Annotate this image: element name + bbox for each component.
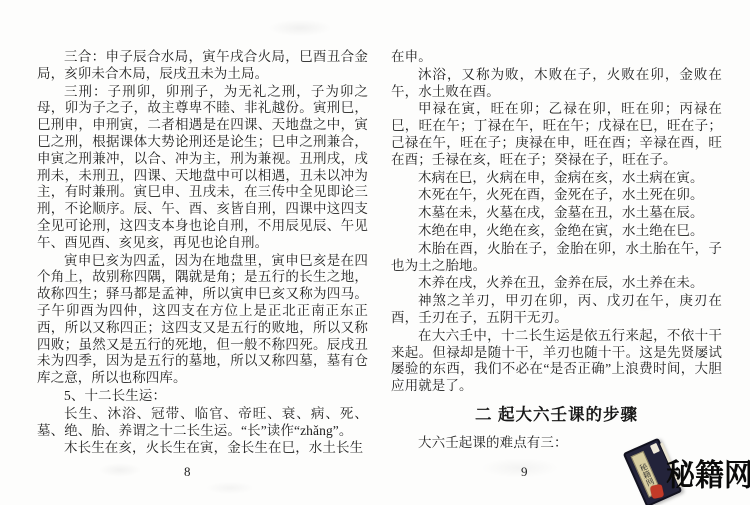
left-page-text: 三合：申子辰合水局，寅午戌合火局，巳酉丑合金局，亥卯未合木局，辰戌丑未为土局。三… (37, 49, 368, 457)
paragraph: 三刑：子刑卯，卯刑子，为无礼之刑，子为卯之母，卯为子之子，故主尊卑不睦、非礼越份… (37, 84, 368, 252)
section-heading: 二 起大六壬课的步骤 (391, 401, 722, 425)
paragraph: 三合：申子辰合水局，寅午戌合火局，巳酉丑合金局，亥卯未合木局，辰戌丑未为土局。 (37, 49, 368, 83)
right-page-text: 在申。沐浴，又称为败，木败在子，火败在卯，金败在午，水土败在酉。甲禄在寅，旺在卯… (391, 49, 722, 395)
watermark-text: 秘籍网 (666, 458, 750, 492)
paragraph: 寅申巳亥为四孟，因为在地盘里，寅申巳亥是在四个角上，故别称四隅，隅就是角；是五行… (37, 253, 368, 387)
book-corner-seal (650, 443, 660, 454)
paragraph: 木病在巳，火病在申，金病在亥，水土病在寅。 (391, 170, 722, 187)
paragraph: 木绝在申，火绝在亥，金绝在寅，水土绝在巳。 (391, 223, 722, 240)
page-number-left: 8 (184, 464, 191, 480)
red-seal-icon (650, 484, 664, 499)
paragraph: 神煞之羊刃，甲刃在卯，丙、戊刃在午，庚刃在酉，壬刃在子，五阴干无刃。 (391, 293, 722, 327)
right-page: 在申。沐浴，又称为败，木败在子，火败在卯，金败在午，水土败在酉。甲禄在寅，旺在卯… (391, 49, 722, 453)
paragraph: 在大六壬中，十二长生运是依五行来起，不依十干来起。但禄却是随十干，羊刃也随十干。… (391, 328, 722, 395)
book-scan-spread: 三合：申子辰合水局，寅午戌合火局，巳酉丑合金局，亥卯未合木局，辰戌丑未为土局。三… (0, 0, 750, 505)
paragraph: 沐浴，又称为败，木败在子，火败在卯，金败在午，水土败在酉。 (391, 67, 722, 101)
paragraph: 木胎在酉，火胎在子，金胎在卯，水土胎在午，子也为土之胎地。 (391, 241, 722, 275)
left-page: 三合：申子辰合水局，寅午戌合火局，巳酉丑合金局，亥卯未合木局，辰戌丑未为土局。三… (37, 49, 368, 458)
paragraph: 木长生在亥，火长生在寅，金长生在巳，水土长生 (37, 440, 368, 457)
paragraph: 甲禄在寅，旺在卯；乙禄在卯，旺在卯；丙禄在巳，旺在午；丁禄在午，旺在午；戊禄在巳… (391, 101, 722, 168)
paragraph: 在申。 (391, 49, 722, 66)
page-number-right: 9 (521, 464, 528, 480)
paragraph: 长生、沐浴、冠带、临官、帝旺、衰、病、死、墓、绝、胎、养谓之十二长生运。“长”读… (37, 406, 368, 440)
mijiwang-watermark: 秘籍网 秘籍网 (625, 435, 750, 505)
paragraph: 木墓在未，火墓在戌，金墓在丑，水土墓在辰。 (391, 205, 722, 222)
paragraph: 木养在戌，火养在丑，金养在辰，水土养在未。 (391, 275, 722, 292)
paragraph: 5、十二长生运： (37, 388, 368, 405)
paragraph: 木死在午，火死在酉，金死在子，水土死在卯。 (391, 187, 722, 204)
